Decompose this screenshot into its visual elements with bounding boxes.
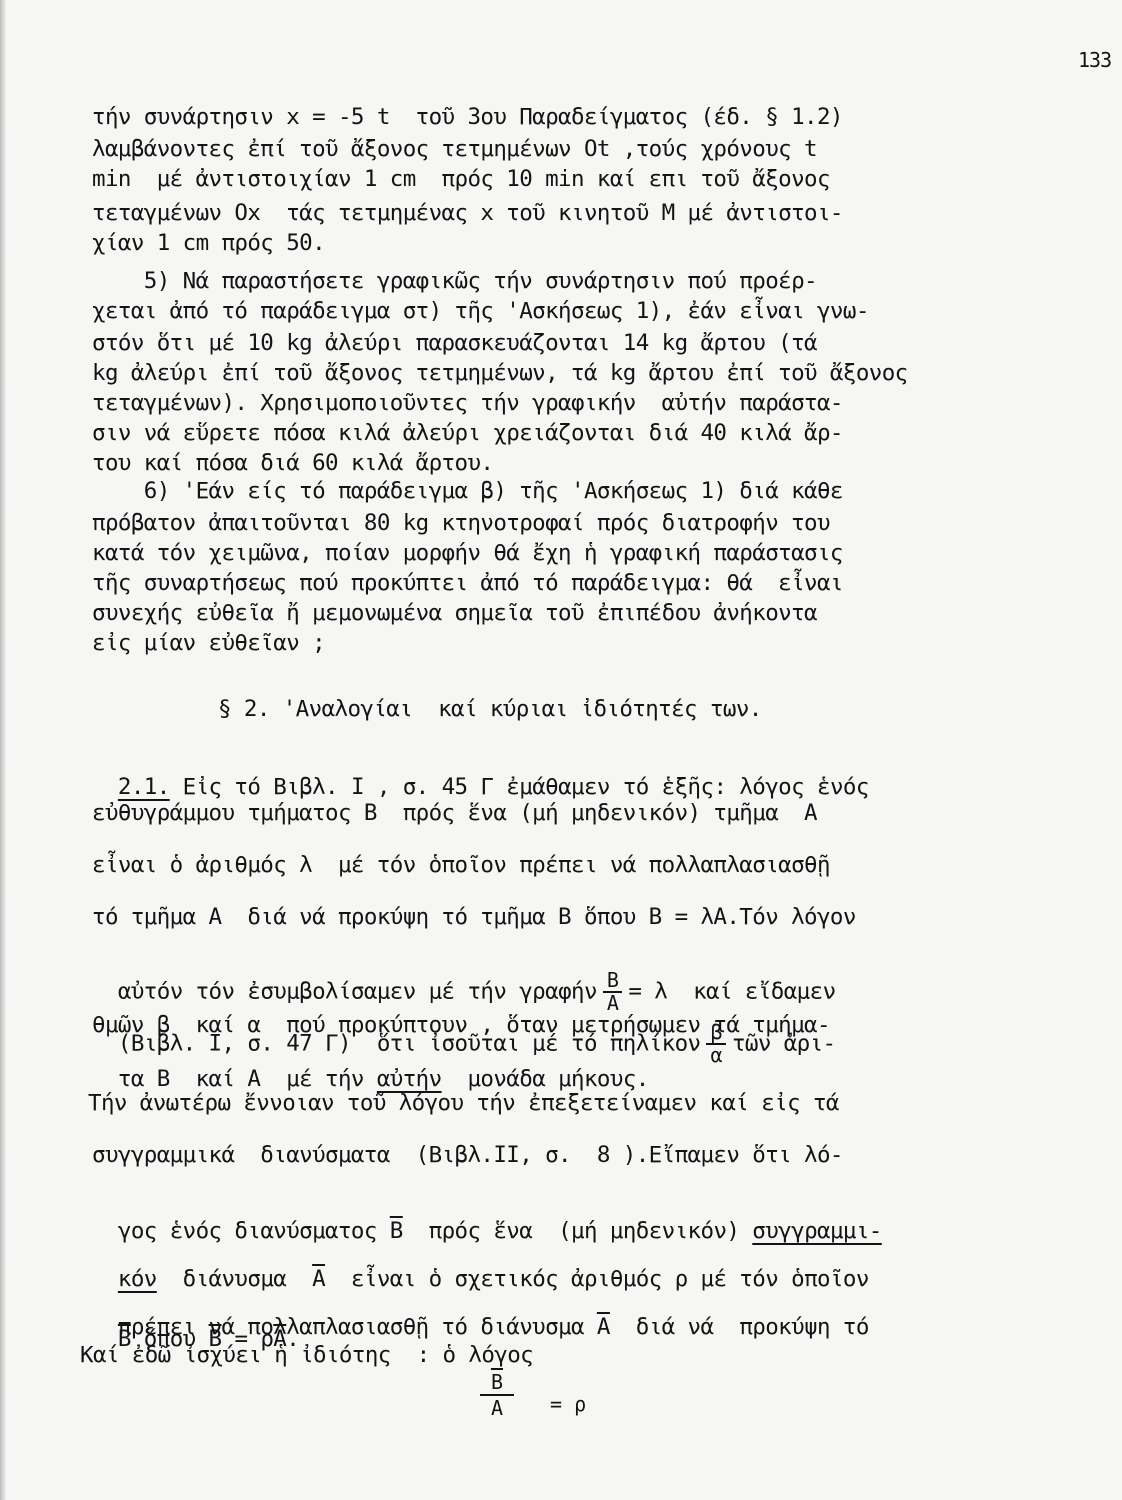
exercise-5-line: χεται ἀπό τό παράδειγμα στ) τῆς 'Ασκήσεω… xyxy=(92,298,869,324)
text-span: μονάδα μήκους. xyxy=(442,1066,649,1092)
final-equals-rho: = ρ xyxy=(550,1392,586,1416)
exercise-5-line: στόν ὅτι μέ 10 kg ἀλεύρι παρασκευάζονται… xyxy=(92,330,817,356)
fraction-denominator: A xyxy=(480,1396,514,1420)
property-line: Καί ἐδῶ ἰσχύει ἡ ἰδιότης : ὁ λόγος xyxy=(80,1342,533,1368)
vectors-line: γος ἑνός διανύσματος B πρός ἕνα (μή μηδε… xyxy=(92,1192,882,1244)
text-line: min μέ ἀντιστοιχίαν 1 cm πρός 10 min καί… xyxy=(92,166,830,192)
section-heading: § 2. 'Αναλογίαι καί κύριαι ἰδιότητές των… xyxy=(218,696,762,722)
fraction-denominator: α xyxy=(706,1045,725,1066)
exercise-5-line: του καί πόσα διά 60 κιλά ἄρτου. xyxy=(92,450,493,476)
exercise-6-line: πρόβατον ἀπαιτοῦνται 80 kg κτηνοτροφαί π… xyxy=(92,510,830,536)
final-fraction: B A xyxy=(480,1370,514,1420)
page-number: 133 xyxy=(1078,48,1111,72)
page-left-edge xyxy=(0,0,6,1500)
section-2-1-line: τό τμῆμα A διά νά προκύψη τό τμῆμα B ὅπο… xyxy=(92,904,856,930)
exercise-5-line: 5) Νά παραστήσετε γραφικῶς τήν συνάρτησι… xyxy=(92,268,817,294)
fraction-numerator: B xyxy=(480,1370,514,1396)
vectors-line: Τήν ἀνωτέρω ἔννοιαν τοῦ λόγου τήν ἐπεξετ… xyxy=(88,1090,839,1116)
section-2-1-line: θμῶν β καί α πού προκύπτουν , ὅταν μετρή… xyxy=(92,1012,830,1038)
exercise-5-line: τεταγμένων). Χρησιμοποιοῦντες τήν γραφικ… xyxy=(92,390,843,416)
exercise-5-line: kg ἀλεύρι ἐπί τοῦ ἄξονος τετμημένων, τά … xyxy=(92,360,908,386)
fraction-numerator: B xyxy=(603,970,622,993)
exercise-6-line: τῆς συναρτήσεως πού προκύπτει ἀπό τό παρ… xyxy=(92,570,843,596)
text-span: διά νά προκύψη τό xyxy=(610,1314,869,1340)
section-2-1-line: 2.1. Εἰς τό Βιβλ. I , σ. 45 Γ ἐμάθαμεν τ… xyxy=(92,748,869,800)
text-span: τα B καί A μέ τήν xyxy=(118,1066,377,1092)
exercise-5-line: σιν νά εὕρετε πόσα κιλά ἀλεύρι χρειάζοντ… xyxy=(92,420,843,446)
vectors-line: συγγραμμικά διανύσματα (Βιβλ.II, σ. 8 ).… xyxy=(92,1142,843,1168)
exercise-6-line: κατά τόν χειμῶνα, ποίαν μορφήν θά ἔχη ἡ … xyxy=(92,540,843,566)
exercise-6-line: συνεχής εὐθεῖα ἤ μεμονωμένα σημεῖα τοῦ ἐ… xyxy=(92,600,817,626)
text-line: χίαν 1 cm πρός 50. xyxy=(92,230,325,256)
section-number: 2.1. xyxy=(118,774,170,800)
underlined-word: αὐτήν xyxy=(377,1066,442,1092)
section-2-1-line: εὐθυγράμμου τμήματος B πρός ἕνα (μή μηδε… xyxy=(92,800,817,826)
text-line: τήν συνάρτησιν x = -5 t τοῦ 3ου Παραδείγ… xyxy=(92,104,843,130)
text-line: λαμβάνοντες ἐπί τοῦ ἄξονος τετμημένων Ot… xyxy=(92,136,817,162)
vectors-line: κόν διάνυσμα A εἶναι ὁ σχετικός ἀριθμός … xyxy=(92,1240,869,1292)
text-line: τεταγμένων Ox τάς τετμημένας x τοῦ κινητ… xyxy=(92,200,843,226)
exercise-6-line: εἰς μίαν εὐθεῖαν ; xyxy=(92,630,325,656)
section-2-1-line: εἶναι ὁ ἀριθμός λ μέ τόν ὁποῖον πρέπει ν… xyxy=(92,852,830,878)
section-2-1-line: τα B καί A μέ τήν αὐτήν μονάδα μήκους. xyxy=(92,1040,649,1092)
vector-a: A xyxy=(597,1314,610,1340)
text-span: Εἰς τό Βιβλ. I , σ. 45 Γ ἐμάθαμεν τό ἑξῆ… xyxy=(170,774,869,800)
exercise-6-line: 6) 'Εάν είς τό παράδειγμα β) τῆς 'Ασκήσε… xyxy=(92,478,843,504)
